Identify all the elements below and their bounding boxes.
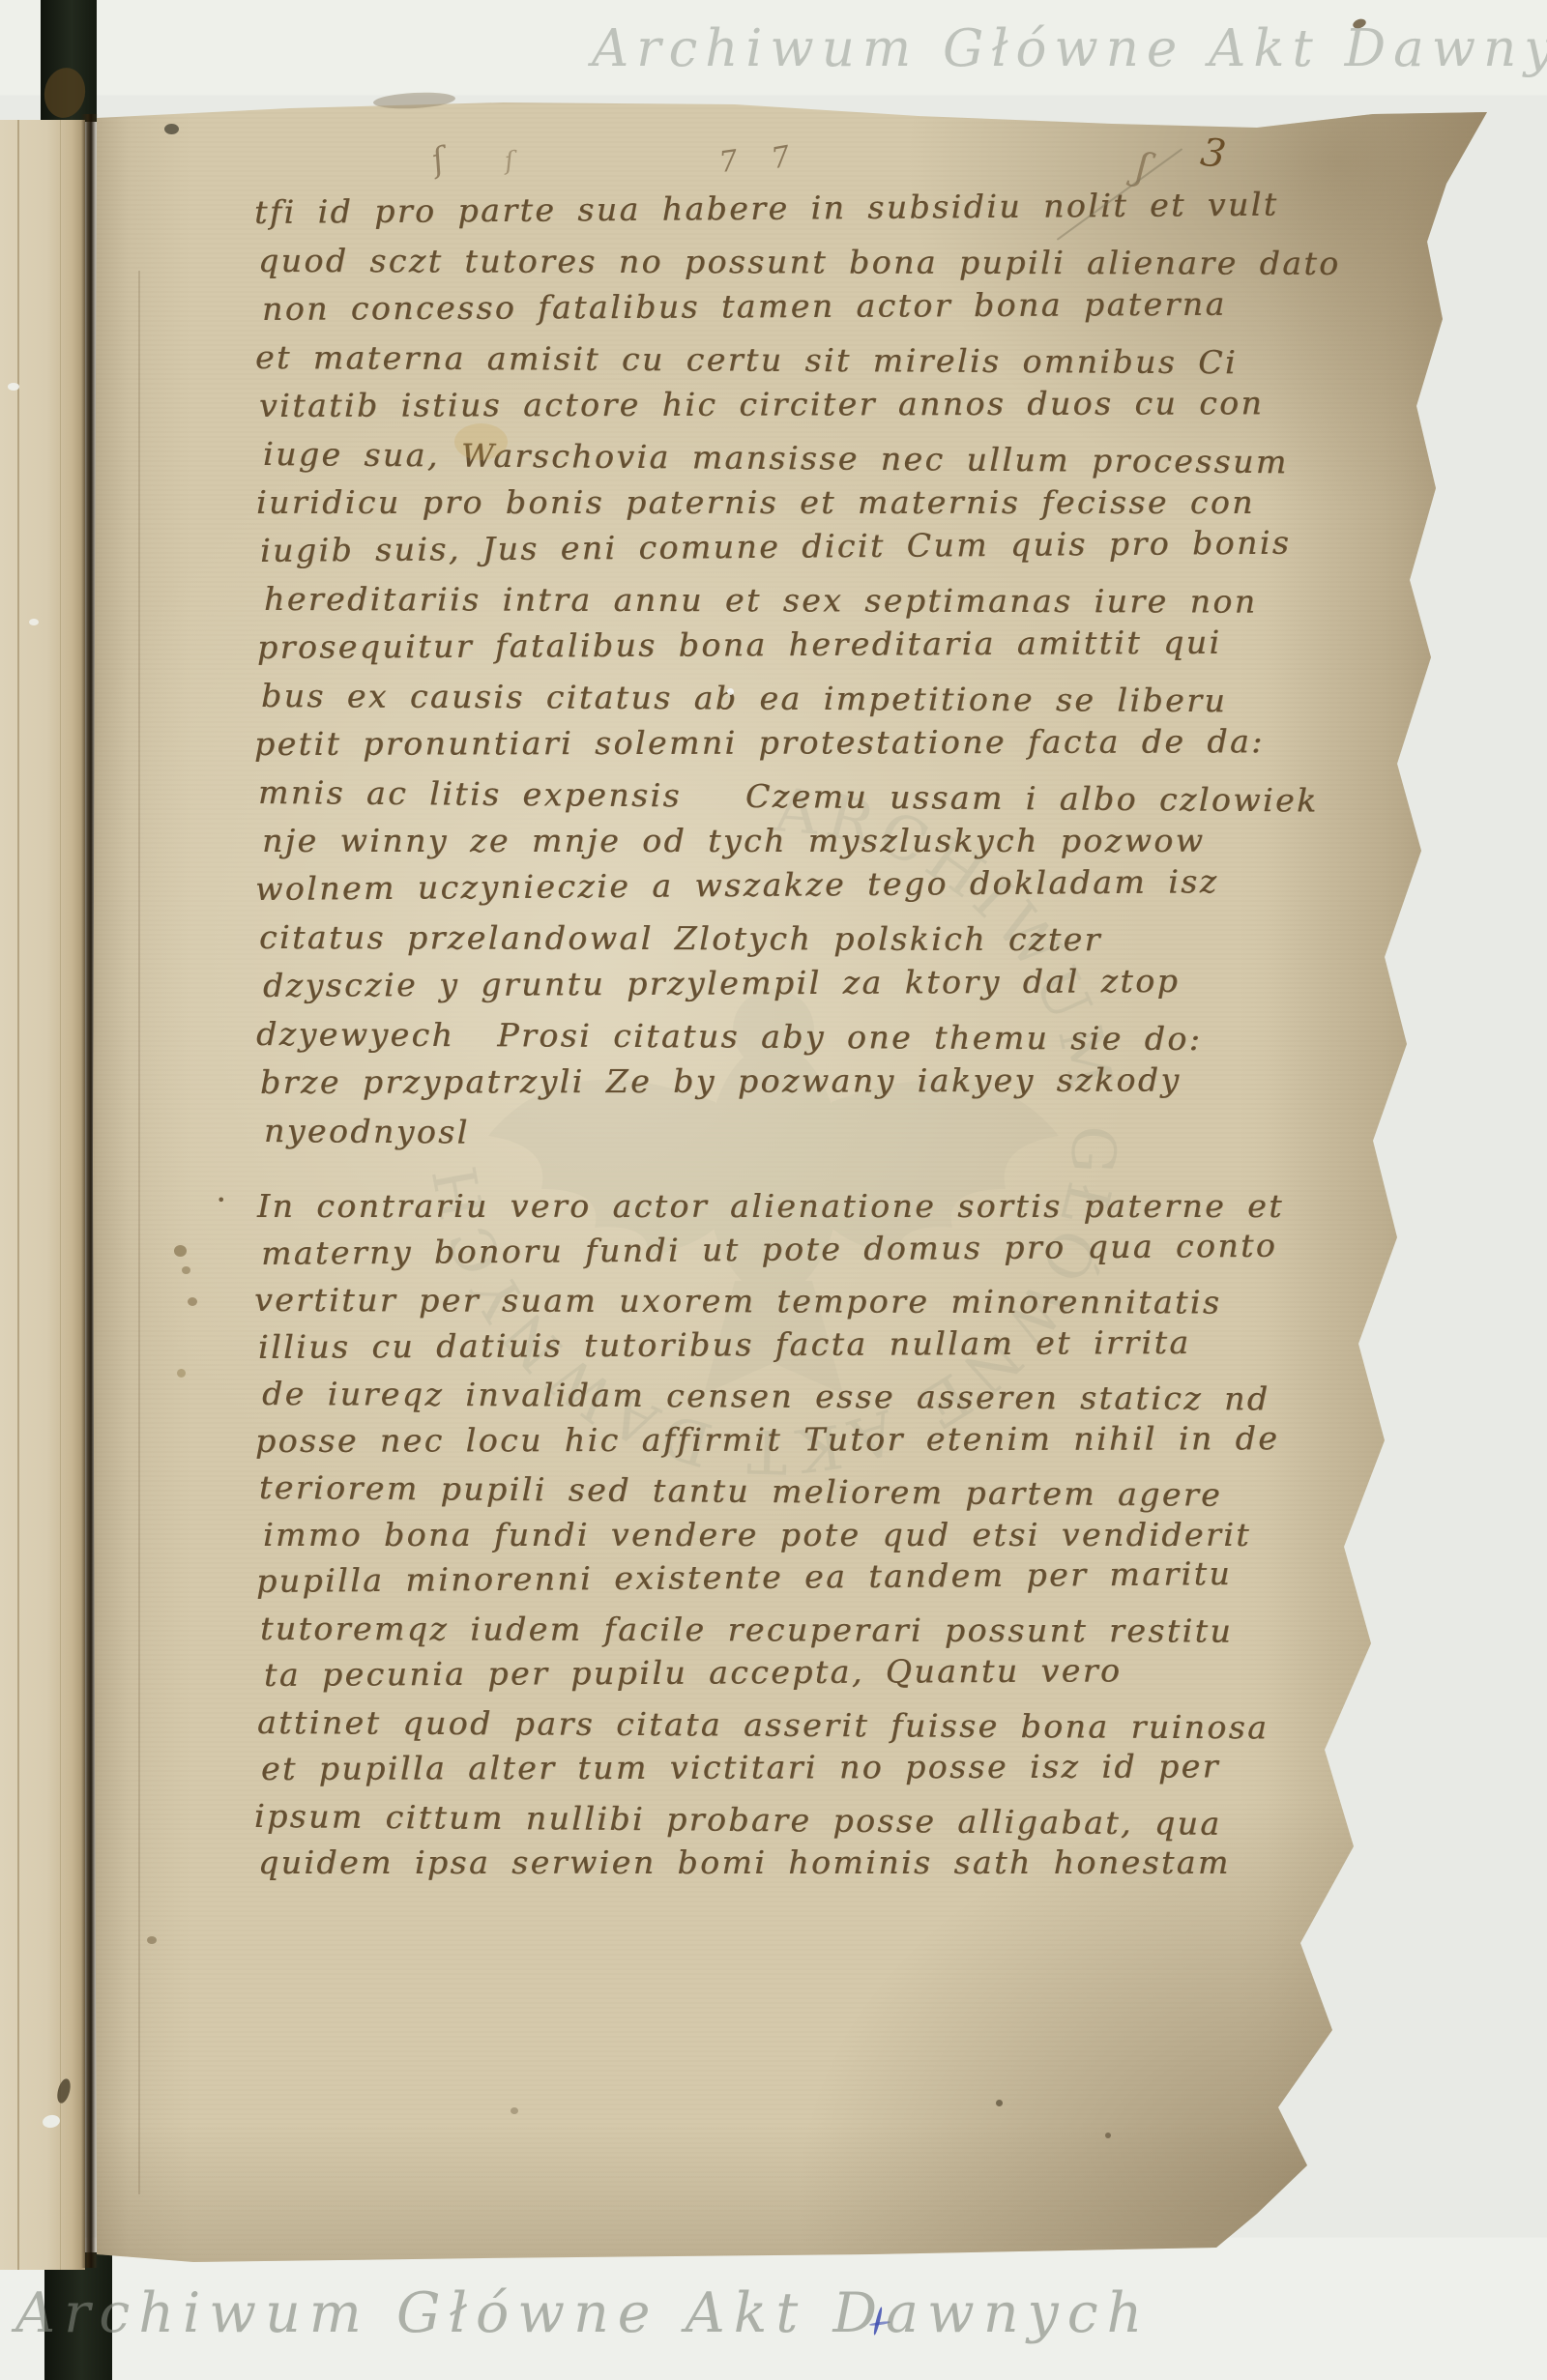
manuscript-line: bus ex causis citatus ab ea impetitione … xyxy=(261,677,1227,719)
manuscript-line: vitatib istius actore hic circiter annos… xyxy=(259,384,1264,424)
manuscript-line: iuge sua, Warschovia mansisse nec ullum … xyxy=(263,435,1289,480)
page-edge-crease xyxy=(60,120,61,2270)
damage-spot xyxy=(29,619,39,625)
manuscript-line: pupilla minorenni existente ea tandem pe… xyxy=(256,1554,1232,1600)
manuscript-line: et materna amisit cu certu sit mirelis o… xyxy=(255,338,1238,381)
damage-spot xyxy=(1105,2133,1111,2138)
manuscript-line: dzysczie y gruntu przylempil za ktory da… xyxy=(263,962,1180,1004)
manuscript-line: materny bonoru fundi ut pote domus pro q… xyxy=(261,1226,1277,1271)
manuscript-line: ta pecunia per pupilu accepta, Quantu ve… xyxy=(264,1651,1123,1694)
manuscript-line: tfi id pro parte sua habere in subsidiu … xyxy=(254,186,1279,231)
damage-spot xyxy=(454,423,508,460)
damage-spot xyxy=(177,1369,186,1378)
page-edge-crease xyxy=(17,120,19,2270)
manuscript-line: dzyewyech Prosi citatus aby one themu si… xyxy=(256,1015,1203,1058)
page-crease xyxy=(138,271,140,2194)
archival-scan: ARCHIWUM GŁÓWNE AKT DAWNYCH tfi id pro p… xyxy=(0,0,1547,2380)
manuscript-line: teriorem pupili sed tantu meliorem parte… xyxy=(259,1468,1222,1514)
manuscript-line: illius cu datiuis tutoribus facta nullam… xyxy=(258,1322,1191,1365)
manuscript-line: wolnem uczynieczie a wszakze tego doklad… xyxy=(255,862,1219,908)
damage-spot xyxy=(174,1245,187,1257)
archive-watermark-top: Archiwum Główne Akt Dawnych xyxy=(592,19,1547,78)
manuscript-line: vertitur per suam uxorem tempore minoren… xyxy=(254,1281,1221,1321)
manuscript-line: immo bona fundi vendere pote qud etsi ve… xyxy=(263,1516,1251,1553)
manuscript-line: attinet quod pars citata asserit fuisse … xyxy=(257,1703,1270,1746)
manuscript-line: nje winny ze mnje od tych myszluskych po… xyxy=(262,822,1205,859)
manuscript-line: In contrariu vero actor alienatione sort… xyxy=(257,1187,1284,1225)
manuscript-line: citatus przelandowal Zlotych polskich cz… xyxy=(259,918,1102,958)
damage-spot xyxy=(996,2100,1003,2106)
damage-spot xyxy=(164,124,179,134)
manuscript-line: ipsum cittum nullibi probare posse allig… xyxy=(254,1797,1222,1843)
manuscript-line: hereditariis intra annu et sex septimana… xyxy=(264,580,1258,621)
manuscript-line: petit pronuntiari solemni protestatione … xyxy=(254,722,1265,763)
manuscript-line: quidem ipsa serwien bomi hominis sath ho… xyxy=(258,1843,1231,1881)
manuscript-line: de iureqz invalidam censen esse asseren … xyxy=(262,1375,1270,1417)
manuscript-line: non concesso fatalibus tamen actor bona … xyxy=(262,285,1227,328)
manuscript-line: et pupilla alter tum victitari no posse … xyxy=(261,1747,1220,1787)
damage-spot xyxy=(147,1936,157,1944)
damage-spot xyxy=(188,1297,197,1306)
stray-ink-mark: ſ xyxy=(504,147,515,177)
manuscript-line: brze przypatrzyli Ze by pozwany iakyey s… xyxy=(260,1061,1182,1101)
stray-ink-mark: • xyxy=(217,1191,225,1209)
browned-right-edge xyxy=(1267,97,1508,2270)
damage-spot xyxy=(511,2107,518,2114)
manuscript-line: quod sczt tutores no possunt bona pupili… xyxy=(258,242,1341,282)
manuscript-line: iuridicu pro bonis paternis et maternis … xyxy=(256,483,1255,521)
damage-spot xyxy=(182,1266,190,1274)
manuscript-line: prosequitur fatalibus bona hereditaria a… xyxy=(257,624,1222,666)
underlying-page-edge xyxy=(0,120,85,2270)
manuscript-page: ARCHIWUM GŁÓWNE AKT DAWNYCH tfi id pro p… xyxy=(85,97,1508,2270)
damage-spot xyxy=(8,383,19,391)
archive-watermark-bottom: Archiwum Główne Akt Dawnych xyxy=(15,2281,1151,2345)
damage-spot xyxy=(727,688,734,695)
manuscript-line: posse nec locu hic affirmit Tutor etenim… xyxy=(255,1419,1279,1460)
manuscript-line: tutoremqz iudem facile recuperari possun… xyxy=(260,1610,1233,1650)
manuscript-line: nyeodnyosl xyxy=(264,1112,470,1151)
